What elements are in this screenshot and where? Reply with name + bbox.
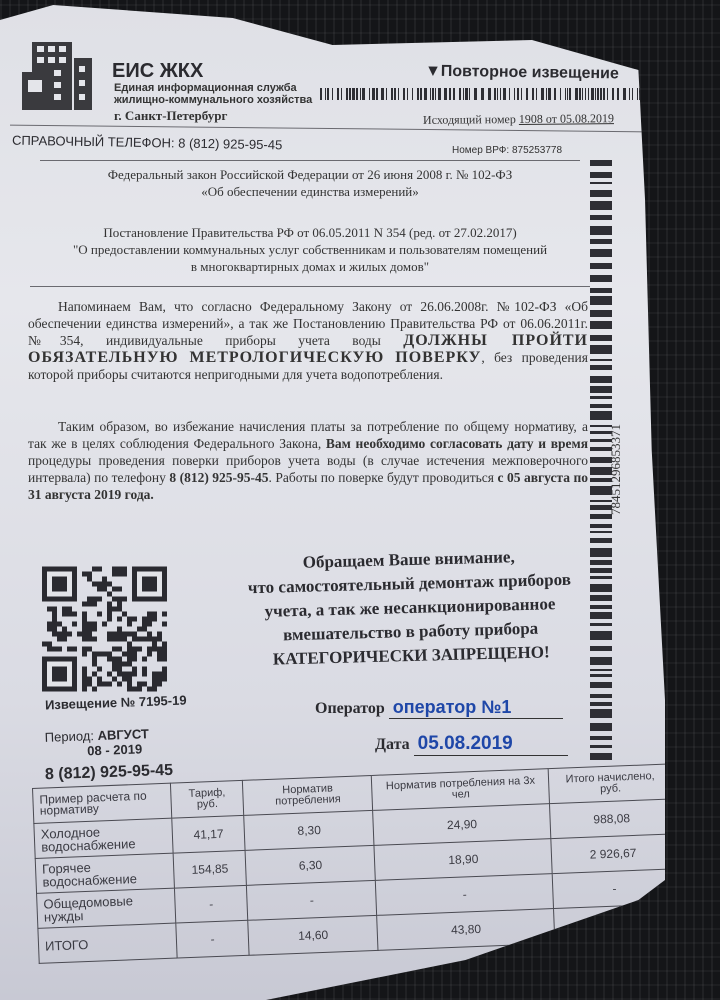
instructions-emphasis: Вам необходимо согласовать дату и время (326, 436, 588, 451)
header-norm: Норматив потребления (243, 775, 373, 815)
operator-field: Оператор оператор №1 (315, 697, 563, 719)
cell-tariff: - (176, 920, 250, 958)
horizontal-barcode-icon (320, 88, 650, 100)
cell-tariff: 154,85 (173, 850, 247, 888)
cell-tariff: - (174, 885, 248, 923)
cell-norm: 8,30 (244, 810, 374, 850)
brand-city: г. Санкт-Петербург (114, 108, 227, 124)
paragraph-instructions: Таким образом, во избежание начисления п… (28, 418, 588, 503)
cell-total: 988,08 (550, 799, 674, 839)
period-code: 08 - 2019 (87, 741, 142, 758)
cell-label: Холодное водоснабжение (34, 818, 173, 858)
law-1-subtitle: «Об обеспечении единства измерений» (40, 183, 580, 200)
outgoing-number: Исходящий номер 1908 от 05.08.2019 (423, 111, 614, 128)
brand-name: ЕИС ЖКХ (112, 60, 203, 83)
divider (40, 160, 580, 161)
operator-label: Оператор (315, 700, 385, 717)
law-2-title: Постановление Правительства РФ от 06.05.… (40, 224, 580, 241)
date-field: Дата 05.08.2019 (375, 733, 568, 756)
law-2-subtitle-1: "О предоставлении коммунальных услуг соб… (40, 241, 580, 258)
outgoing-value: 1908 от 05.08.2019 (519, 111, 614, 126)
notice-number: Извещение № 7195-19 (45, 693, 187, 713)
date-value: 05.08.2019 (414, 733, 568, 756)
paragraph-reminder: Напоминаем Вам, что согласно Федеральном… (28, 298, 588, 383)
cell-label: Общедомовые нужды (37, 888, 176, 928)
cell-label: Горячее водоснабжение (35, 853, 174, 893)
divider (30, 286, 590, 287)
cell-tariff: 41,17 (172, 815, 246, 853)
period-label: Период: (45, 728, 95, 745)
barcode-number: 78451296853371 (608, 424, 624, 515)
cell-norm: - (247, 880, 377, 920)
date-label: Дата (375, 736, 410, 753)
vrf-number: Номер ВРФ: 875253778 (452, 145, 562, 156)
brand-subtitle: Единая информационная служба жилищно-ком… (114, 82, 312, 106)
header-total: Итого начислено, руб. (548, 764, 672, 804)
instructions-text-3: . Работы по поверке будут проводиться (269, 470, 498, 485)
brand-subtitle-line-1: Единая информационная служба (114, 82, 312, 94)
cell-norm: 14,60 (248, 915, 378, 955)
notice-phone: 8 (812) 925-95-45 (45, 762, 174, 784)
law-2: Постановление Правительства РФ от 06.05.… (40, 224, 580, 275)
paper-notice: ЕИС ЖКХ Единая информационная служба жил… (0, 0, 665, 1000)
building-logo-icon (22, 30, 107, 110)
warning-block: Обращаем Ваше внимание, что самостоятель… (218, 543, 601, 673)
law-1-title: Федеральный закон Российской Федерации о… (40, 166, 580, 183)
billing-period: Период: АВГУСТ 08 - 2019 (45, 726, 150, 760)
outgoing-label: Исходящий номер (423, 112, 516, 127)
cell-label: ИТОГО (38, 923, 177, 963)
header-tariff: Тариф, руб. (170, 780, 244, 818)
cell-total: 2 926,67 (551, 834, 675, 874)
law-1: Федеральный закон Российской Федерации о… (40, 166, 580, 200)
cell-norm: 6,30 (245, 845, 375, 885)
reference-phone: СПРАВОЧНЫЙ ТЕЛЕФОН: 8 (812) 925-95-45 (12, 133, 283, 153)
brand-subtitle-line-2: жилищно-коммунального хозяйства (114, 94, 312, 106)
header-example: Пример расчета по нормативу (33, 783, 172, 823)
qr-code-icon (42, 565, 167, 693)
operator-value: оператор №1 (389, 697, 563, 719)
law-2-subtitle-2: в многоквартирных домах и жилых домов" (40, 258, 580, 275)
repeat-notice-label: ▼Повторное извещение (425, 63, 619, 84)
instructions-phone: 8 (812) 925-95-45 (169, 470, 268, 485)
